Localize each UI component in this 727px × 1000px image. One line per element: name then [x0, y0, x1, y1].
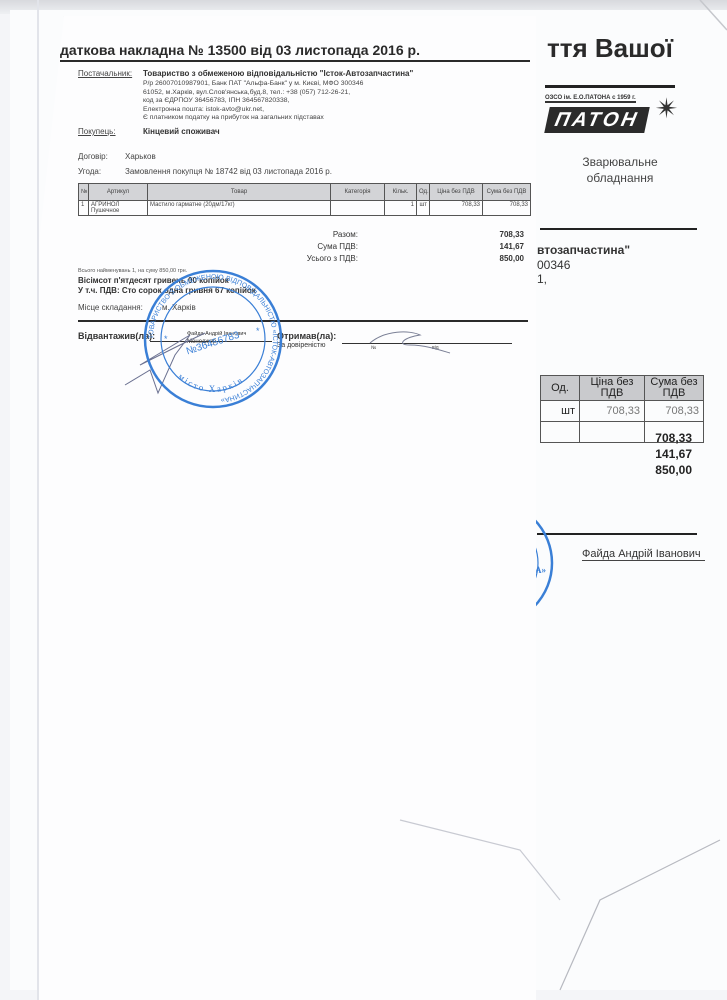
- receiver-signature: [365, 325, 455, 355]
- totals-labels: Разом: Сума ПДВ: Усього з ПДВ:: [300, 229, 358, 265]
- back-title-rule: [545, 85, 675, 88]
- back-col-unit: Од.: [541, 376, 580, 401]
- supplier-tax-line: Є платником податку на прибуток на загал…: [143, 114, 363, 123]
- supplier-details: Р/р 26007010987901, Банк ПАТ "Альфа-Банк…: [143, 80, 363, 123]
- invoice-page: [38, 16, 536, 1000]
- contract-value: Харьков: [125, 152, 156, 161]
- spark-star-icon: ✴: [655, 95, 678, 123]
- contract-label: Договір:: [78, 152, 108, 161]
- stamp-star-right-icon: *: [256, 326, 260, 336]
- table-row: 1 АГРИНОЛ Пушечное Мастило гарматне (20д…: [79, 201, 531, 216]
- svg-text:місто Харків: місто Харків: [176, 371, 245, 394]
- document-title: даткова накладна № 13500 від 03 листопад…: [60, 42, 420, 58]
- back-col-sum: Сума без ПДВ: [645, 376, 704, 401]
- cell-sum: 708,33: [483, 201, 531, 216]
- cell-unit: шт: [417, 201, 430, 216]
- supplier-name: Товариство з обмеженою відповідальністю …: [143, 69, 413, 78]
- paton-logo: ОЗСО ім. Е.О.ПАТОНА с 1959 г. ПАТОН ✴: [545, 95, 675, 145]
- total-value: 850,00: [480, 253, 524, 265]
- cell-no: 1: [79, 201, 89, 216]
- logo-brand: ПАТОН: [544, 107, 650, 133]
- items-header-row: № Артикул Товар Категорія Кільк. Од. Цін…: [79, 184, 531, 201]
- vat-label: Сума ПДВ:: [300, 241, 358, 253]
- place-label: Місце складання:: [78, 303, 143, 312]
- vat-value: 141,67: [480, 241, 524, 253]
- cell-category: [331, 201, 385, 216]
- stamp-code: №36456783: [185, 330, 241, 358]
- totals-values: 708,33 141,67 850,00: [480, 229, 524, 265]
- supplier-bank-line: Р/р 26007010987901, Банк ПАТ "Альфа-Банк…: [143, 80, 363, 89]
- company-stamp: ТОВАРИСТВО З ОБМЕЖЕНОЮ ВІДПОВІДАЛЬНІСТЮ …: [138, 264, 288, 414]
- cell-article: АГРИНОЛ Пушечное: [89, 201, 148, 216]
- title-rule: [60, 60, 530, 62]
- col-product: Товар: [148, 184, 331, 201]
- back-supplier-fragment-2: 00346: [537, 258, 570, 272]
- col-price: Ціна без ПДВ: [430, 184, 483, 201]
- back-cell-price: 708,33: [580, 401, 645, 422]
- back-col-price: Ціна без ПДВ: [580, 376, 645, 401]
- cell-qty: 1: [385, 201, 417, 216]
- items-table: № Артикул Товар Категорія Кільк. Од. Цін…: [78, 183, 531, 216]
- back-supplier-fragment: втозапчастина": [537, 243, 630, 257]
- back-caption-line1: Зварювальне: [560, 154, 680, 170]
- col-unit: Од.: [417, 184, 430, 201]
- buyer-name: Кінцевий споживач: [143, 127, 220, 136]
- back-total: 850,00: [650, 462, 692, 478]
- supplier-codes-line: код за ЄДРПОУ 36456783, ІПН 364567820338…: [143, 97, 363, 106]
- supplier-label: Постачальник:: [78, 69, 132, 78]
- col-sum: Сума без ПДВ: [483, 184, 531, 201]
- col-qty: Кільк.: [385, 184, 417, 201]
- stamp-city: місто Харків: [176, 371, 245, 394]
- col-no: №: [79, 184, 89, 201]
- col-article: Артикул: [89, 184, 148, 201]
- back-totals: 708,33 141,67 850,00: [650, 430, 692, 478]
- agreement-label: Угода:: [78, 167, 101, 176]
- back-rule-2: [540, 228, 697, 230]
- supplier-address-line: 61052, м.Харків, вул.Слов'янська,буд.8, …: [143, 89, 363, 98]
- back-supplier-fragment-3: 1,: [537, 272, 547, 286]
- stamp-star-left-icon: *: [164, 334, 168, 344]
- agreement-value: Замовлення покупця № 18742 від 03 листоп…: [125, 167, 332, 176]
- cell-product: Мастило гарматне (20дм/17кг): [148, 201, 331, 216]
- back-cell-sum: 708,33: [645, 401, 704, 422]
- back-caption: Зварювальне обладнання: [560, 154, 680, 186]
- back-subtotal: 708,33: [650, 430, 692, 446]
- cell-price: 708,33: [430, 201, 483, 216]
- back-page-title-fragment: ття Вашої: [547, 33, 673, 64]
- subtotal-label: Разом:: [300, 229, 358, 241]
- col-category: Категорія: [331, 184, 385, 201]
- total-label: Усього з ПДВ:: [300, 253, 358, 265]
- back-vat: 141,67: [650, 446, 692, 462]
- buyer-label: Покупець:: [78, 127, 116, 136]
- logo-subtitle: ОЗСО ім. Е.О.ПАТОНА с 1959 г.: [545, 95, 636, 103]
- back-caption-line2: обладнання: [560, 170, 680, 186]
- subtotal-value: 708,33: [480, 229, 524, 241]
- back-cell-unit: шт: [541, 401, 580, 422]
